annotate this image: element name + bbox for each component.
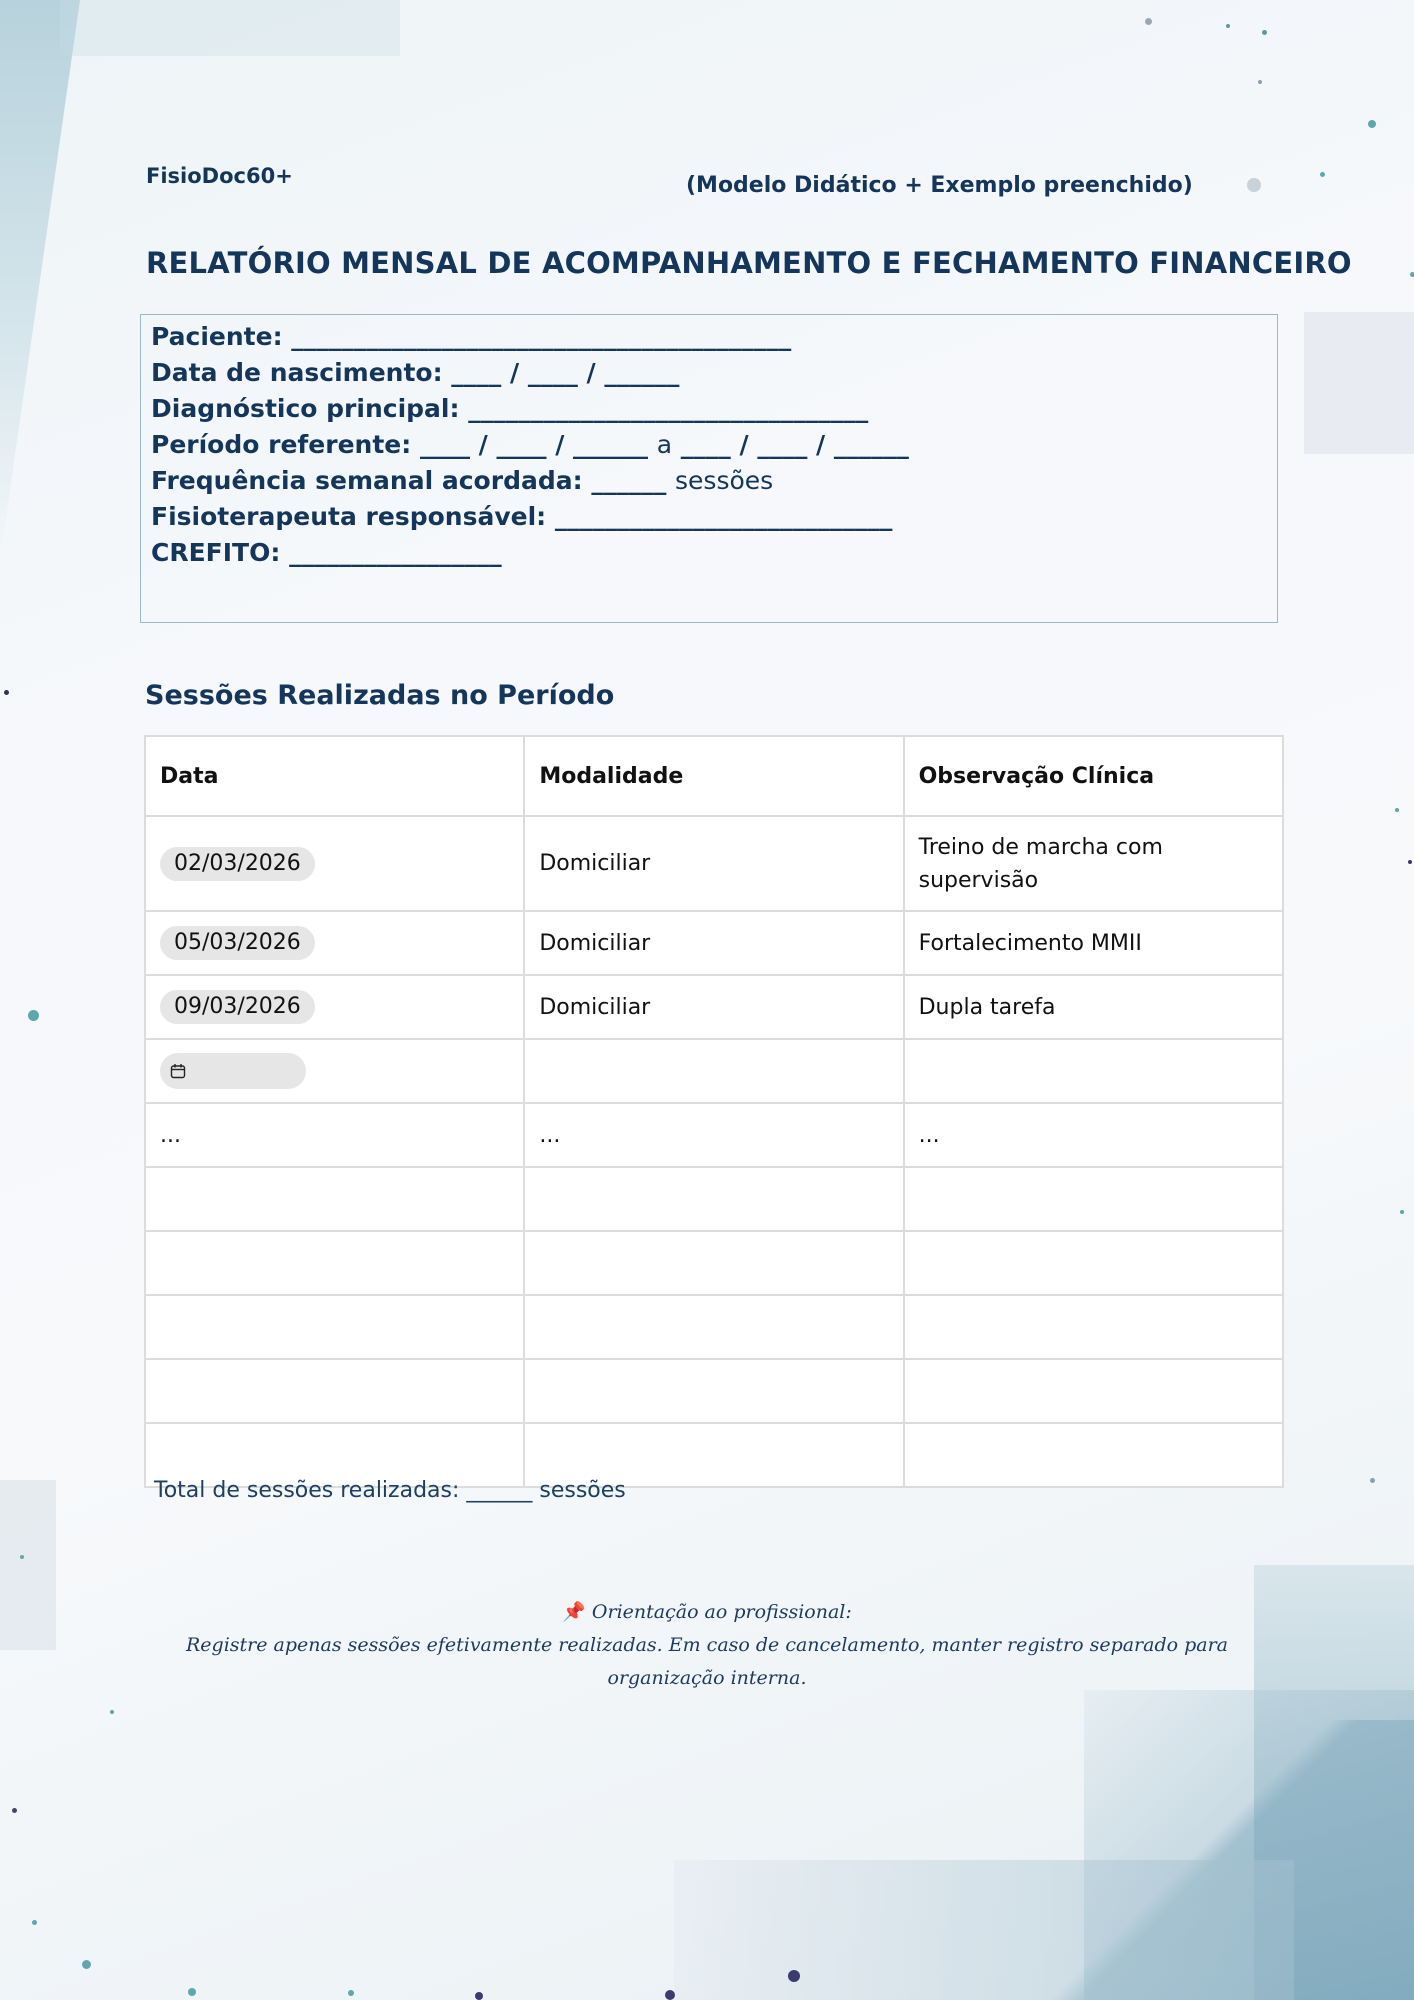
date-chip[interactable]: 02/03/2026 bbox=[160, 847, 315, 881]
calendar-icon bbox=[170, 1063, 186, 1079]
table-row bbox=[145, 1295, 1283, 1359]
professional-guidance-note: 📌 Orientação ao profissional: Registre a… bbox=[160, 1596, 1254, 1695]
decorative-dot bbox=[110, 1710, 114, 1714]
table-header-row: Data Modalidade Observação Clínica bbox=[145, 736, 1283, 816]
field-label: Diagnóstico principal: bbox=[151, 394, 459, 423]
cell-observation[interactable] bbox=[904, 1423, 1283, 1487]
cell-date[interactable]: 02/03/2026 bbox=[145, 816, 524, 911]
table-row: 09/03/2026DomiciliarDupla tarefa bbox=[145, 975, 1283, 1039]
brand-name: FisioDoc60+ bbox=[146, 164, 293, 188]
table-row bbox=[145, 1231, 1283, 1295]
decorative-dot bbox=[4, 690, 9, 695]
therapist-field[interactable]: Fisioterapeuta responsável: ____________… bbox=[151, 499, 1267, 535]
table-row bbox=[145, 1039, 1283, 1103]
decorative-dot bbox=[32, 1920, 37, 1925]
period-end-blank[interactable]: ____ / ____ / ______ bbox=[681, 430, 909, 459]
field-label: CREFITO: bbox=[151, 538, 280, 567]
decorative-dot bbox=[1368, 120, 1376, 128]
table-row bbox=[145, 1359, 1283, 1423]
decorative-dot bbox=[1145, 18, 1152, 25]
decorative-dot bbox=[348, 1990, 354, 1996]
cell-modality[interactable] bbox=[524, 1359, 903, 1423]
cell-observation[interactable] bbox=[904, 1167, 1283, 1231]
cell-modality[interactable] bbox=[524, 1295, 903, 1359]
cell-modality[interactable]: Domiciliar bbox=[524, 911, 903, 975]
column-header-modality: Modalidade bbox=[524, 736, 903, 816]
decorative-dot bbox=[1258, 80, 1262, 84]
column-header-date: Data bbox=[145, 736, 524, 816]
background-shape bbox=[60, 0, 400, 56]
period-start-blank[interactable]: ____ / ____ / ______ bbox=[420, 430, 648, 459]
field-label: Paciente: bbox=[151, 322, 283, 351]
decorative-dot bbox=[1408, 860, 1412, 864]
cell-modality[interactable]: ... bbox=[524, 1103, 903, 1167]
total-label: Total de sessões realizadas: bbox=[154, 1478, 459, 1503]
field-blank[interactable]: _________________ bbox=[289, 538, 502, 567]
decorative-dot bbox=[788, 1970, 800, 1982]
decorative-dot bbox=[1370, 1478, 1375, 1483]
cell-date[interactable] bbox=[145, 1359, 524, 1423]
note-title: Orientação ao profissional: bbox=[592, 1601, 852, 1623]
period-separator: a bbox=[657, 430, 672, 459]
cell-observation[interactable]: Dupla tarefa bbox=[904, 975, 1283, 1039]
table-row: ......... bbox=[145, 1103, 1283, 1167]
decorative-dot bbox=[28, 1010, 39, 1021]
crefito-field[interactable]: CREFITO: _________________ bbox=[151, 535, 1267, 571]
decorative-dot bbox=[82, 1960, 91, 1969]
decorative-dot bbox=[1262, 30, 1267, 35]
patient-info-box: Paciente: ______________________________… bbox=[140, 314, 1278, 623]
decorative-dot bbox=[12, 1808, 17, 1813]
page-title: RELATÓRIO MENSAL DE ACOMPANHAMENTO E FEC… bbox=[146, 246, 1352, 280]
birthdate-field[interactable]: Data de nascimento: ____ / ____ / ______ bbox=[151, 355, 1267, 391]
cell-observation[interactable]: Treino de marcha com supervisão bbox=[904, 816, 1283, 911]
document-subtitle: (Modelo Didático + Exemplo preenchido) bbox=[686, 173, 1193, 198]
column-header-observation: Observação Clínica bbox=[904, 736, 1283, 816]
note-text: Registre apenas sessões efetivamente rea… bbox=[160, 1629, 1254, 1695]
cell-observation[interactable] bbox=[904, 1231, 1283, 1295]
cell-modality[interactable] bbox=[524, 1231, 903, 1295]
total-sessions: Total de sessões realizadas: ______ sess… bbox=[154, 1478, 626, 1503]
field-blank[interactable]: ___________________________ bbox=[555, 502, 893, 531]
decorative-dot bbox=[475, 1992, 483, 2000]
cell-modality[interactable]: Domiciliar bbox=[524, 816, 903, 911]
cell-observation[interactable] bbox=[904, 1359, 1283, 1423]
table-row bbox=[145, 1167, 1283, 1231]
table-row: 02/03/2026DomiciliarTreino de marcha com… bbox=[145, 816, 1283, 911]
cell-date[interactable] bbox=[145, 1039, 524, 1103]
decorative-dot bbox=[1395, 808, 1399, 812]
decorative-dot bbox=[188, 1988, 196, 1996]
field-blank[interactable]: ____ / ____ / ______ bbox=[451, 358, 679, 387]
frequency-field[interactable]: Frequência semanal acordada: ______ sess… bbox=[151, 463, 1267, 499]
cell-observation[interactable] bbox=[904, 1039, 1283, 1103]
field-label: Período referente: bbox=[151, 430, 411, 459]
field-blank[interactable]: ________________________________________ bbox=[291, 322, 791, 351]
field-label: Frequência semanal acordada: bbox=[151, 466, 583, 495]
sessions-section-title: Sessões Realizadas no Período bbox=[145, 680, 614, 711]
diagnosis-field[interactable]: Diagnóstico principal: _________________… bbox=[151, 391, 1267, 427]
decorative-dot bbox=[1410, 272, 1414, 277]
date-picker[interactable] bbox=[160, 1053, 306, 1089]
decorative-dot bbox=[1247, 178, 1261, 192]
cell-date[interactable] bbox=[145, 1167, 524, 1231]
background-shape bbox=[1084, 1690, 1414, 2000]
cell-modality[interactable] bbox=[524, 1039, 903, 1103]
total-blank[interactable]: ______ bbox=[466, 1478, 532, 1503]
background-shape bbox=[674, 1860, 1294, 2000]
cell-observation[interactable] bbox=[904, 1295, 1283, 1359]
background-shape bbox=[994, 1720, 1414, 2000]
cell-date[interactable] bbox=[145, 1295, 524, 1359]
date-chip[interactable]: 09/03/2026 bbox=[160, 990, 315, 1024]
total-unit: sessões bbox=[539, 1478, 625, 1503]
period-field[interactable]: Período referente: ____ / ____ / ______ … bbox=[151, 427, 1267, 463]
field-unit: sessões bbox=[675, 466, 773, 495]
background-shape bbox=[0, 1480, 56, 1650]
cell-date[interactable]: ... bbox=[145, 1103, 524, 1167]
background-shape bbox=[1304, 312, 1414, 454]
patient-field[interactable]: Paciente: ______________________________… bbox=[151, 319, 1267, 355]
decorative-dot bbox=[20, 1555, 24, 1559]
date-chip[interactable]: 05/03/2026 bbox=[160, 926, 315, 960]
background-shape bbox=[1254, 1565, 1414, 2000]
cell-observation[interactable]: Fortalecimento MMII bbox=[904, 911, 1283, 975]
cell-observation[interactable]: ... bbox=[904, 1103, 1283, 1167]
decorative-dot bbox=[1400, 1210, 1404, 1214]
field-label: Data de nascimento: bbox=[151, 358, 443, 387]
decorative-dot bbox=[1226, 24, 1230, 28]
field-blank[interactable]: ______ bbox=[591, 466, 666, 495]
field-label: Fisioterapeuta responsável: bbox=[151, 502, 546, 531]
cell-modality[interactable] bbox=[524, 1167, 903, 1231]
background-shape bbox=[0, 0, 80, 560]
decorative-dot bbox=[1320, 172, 1325, 177]
table-row: 05/03/2026DomiciliarFortalecimento MMII bbox=[145, 911, 1283, 975]
field-blank[interactable]: ________________________________ bbox=[468, 394, 868, 423]
sessions-table: Data Modalidade Observação Clínica 02/03… bbox=[144, 735, 1284, 1488]
pushpin-icon: 📌 bbox=[562, 1601, 586, 1623]
cell-date[interactable] bbox=[145, 1231, 524, 1295]
cell-date[interactable]: 09/03/2026 bbox=[145, 975, 524, 1039]
cell-date[interactable]: 05/03/2026 bbox=[145, 911, 524, 975]
cell-modality[interactable]: Domiciliar bbox=[524, 975, 903, 1039]
decorative-dot bbox=[665, 1990, 675, 2000]
